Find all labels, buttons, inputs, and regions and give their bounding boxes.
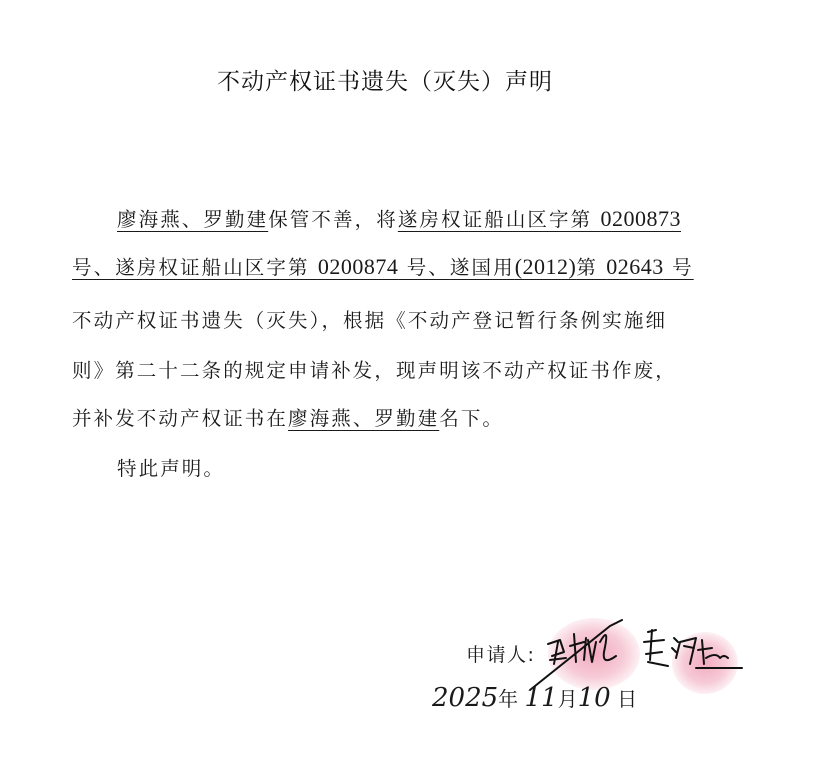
applicant-label: 申请人: [466,640,535,667]
body-line-2: 号、遂房权证船山区字第 0200874 号、遂国用(2012)第 02643 号 [72,253,694,282]
body-text: 保管不善，将 [268,208,398,231]
certificate-2-prefix: 遂房权证船山区字第 [115,256,318,279]
certificate-2: 遂房权证船山区字第 0200874 号、 [115,256,450,279]
certificate-3: 遂国用(2012)第 02643 号 [450,256,694,279]
date-month: 11 [525,683,558,713]
certificate-3-year: (2012) [515,254,577,279]
certificate-1-number: 0200873 [601,206,682,231]
date: 2025年 11月10 日 [432,683,637,713]
date-month-unit: 月 [558,687,578,711]
certificate-3-suffix: 号 [664,256,694,279]
certificate-2-suffix: 号、 [398,256,450,279]
body-text: 并补发不动产权证书在 [72,407,288,430]
date-day-unit: 日 [617,687,637,711]
body-line-4: 则》第二十二条的规定申请补发，现声明该不动产权证书作废， [72,357,677,385]
date-day: 10 [578,683,611,713]
certificate-1: 遂房权证船山区字第 0200873 [398,208,681,231]
certificate-3-prefix: 遂国用 [450,256,515,279]
certificate-3-number: 02643 [606,254,664,279]
body-line-5: 并补发不动产权证书在廖海燕、罗勤建名下。 [72,405,504,433]
applicant-names: 廖海燕、罗勤建 [288,407,439,430]
certificate-1-prefix: 遂房权证船山区字第 [398,208,601,231]
handwritten-signature-icon [530,612,770,692]
certificate-2-number: 0200874 [318,254,399,279]
applicant-names: 廖海燕、罗勤建 [117,208,268,231]
body-text: 名下。 [439,407,504,430]
body-line-1: 廖海燕、罗勤建保管不善，将遂房权证船山区字第 0200873 [117,205,681,234]
closing-statement: 特此声明。 [117,455,225,483]
certificate-3-mid: 第 [576,256,606,279]
body-line-3: 不动产权证书遗失（灭失），根据《不动产登记暂行条例实施细 [72,307,667,335]
certificate-1-suffix: 号、 [72,256,115,279]
date-year: 2025 [432,683,498,713]
document-title: 不动产权证书遗失（灭失）声明 [0,63,770,96]
date-year-unit: 年 [498,687,518,711]
